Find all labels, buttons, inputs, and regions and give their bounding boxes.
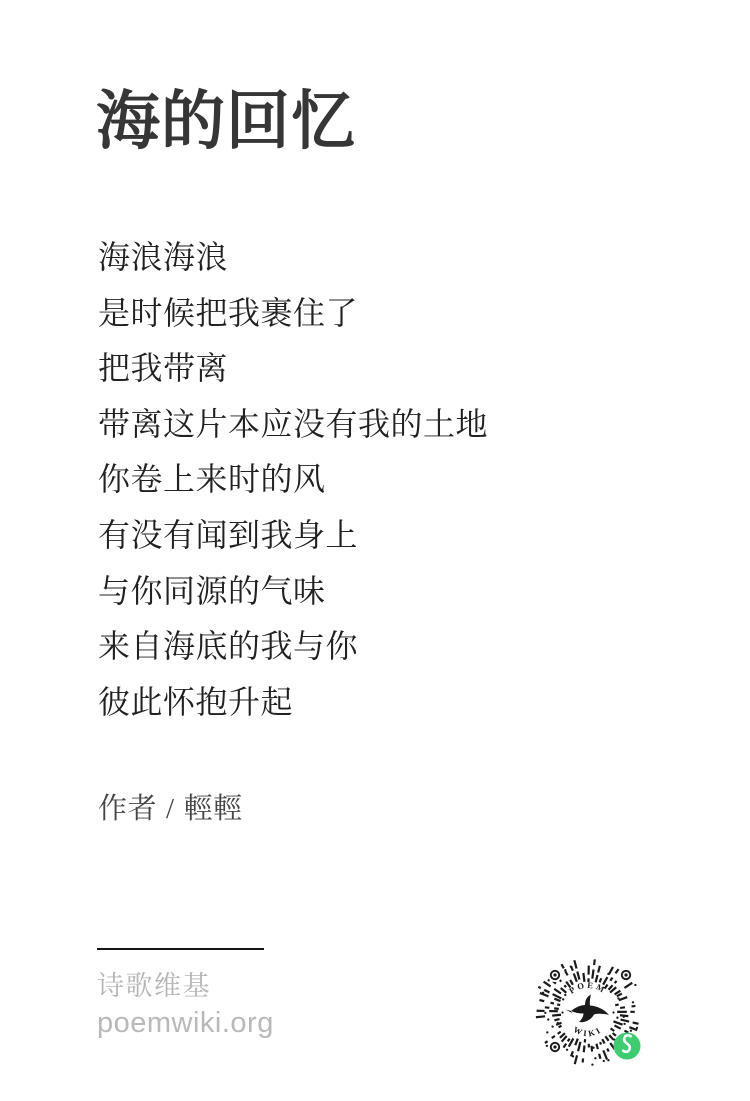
- poem-line: 海浪海浪: [98, 230, 488, 286]
- site-name: 诗歌维基: [97, 971, 211, 1002]
- poem-line: 来自海底的我与你: [98, 619, 488, 675]
- site-url: poemwiki.org: [97, 1006, 274, 1041]
- poem-line: 有没有闻到我身上: [98, 508, 488, 564]
- arc-separator-dot-right: [612, 1011, 614, 1013]
- poem-line: 把我带离: [98, 341, 488, 397]
- poem-body: 海浪海浪是时候把我裹住了把我带离带离这片本应没有我的土地你卷上来时的风有没有闻到…: [98, 230, 488, 730]
- poem-line: 是时候把我裹住了: [98, 286, 488, 342]
- poem-title: 海的回忆: [96, 86, 356, 158]
- poem-line: 与你同源的气味: [98, 564, 488, 620]
- poem-line: 彼此怀抱升起: [98, 675, 488, 731]
- poem-line: 你卷上来时的风: [98, 452, 488, 508]
- logo-arc-text-top: POEM: [567, 980, 609, 996]
- bird-quill-icon: [571, 995, 609, 1023]
- poem-line: 带离这片本应没有我的土地: [98, 397, 488, 453]
- author-separator: /: [166, 793, 175, 825]
- author-label: 作者: [98, 793, 157, 825]
- poemwiki-qr-code: POEM WIKI: [529, 953, 647, 1071]
- bird-beak: [566, 1010, 573, 1014]
- logo-arc-text-bottom: WIKI: [572, 1024, 604, 1038]
- author-name: 輕輕: [184, 793, 243, 825]
- arc-separator-dot-left: [561, 1011, 563, 1013]
- author-line: 作者/輕輕: [98, 792, 243, 827]
- wechat-miniprogram-icon: [614, 1033, 641, 1060]
- footer-divider: [97, 948, 264, 950]
- poem-share-card: 海的回忆 海浪海浪是时候把我裹住了把我带离带离这片本应没有我的土地你卷上来时的风…: [0, 0, 750, 1101]
